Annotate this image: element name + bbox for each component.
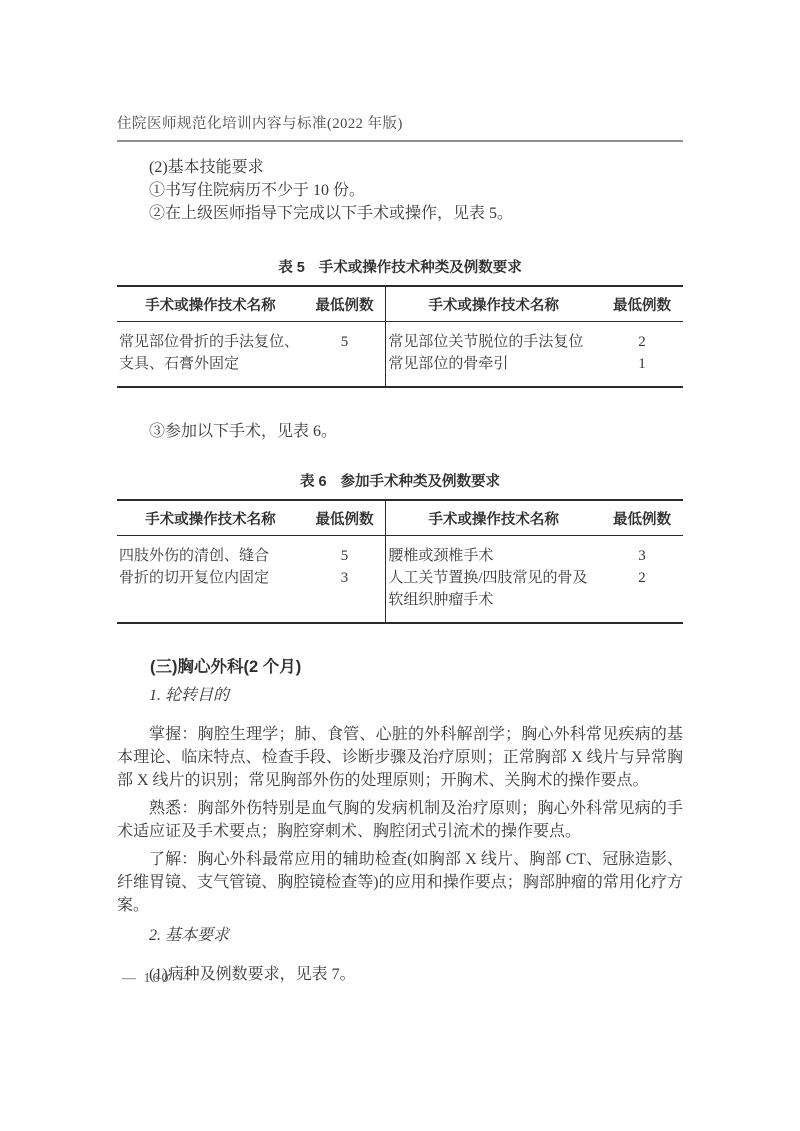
- table6-r0-name-right: 腰椎或颈椎手术: [386, 536, 601, 568]
- para-disease-requirement: (1)病种及例数要求，见表 7。: [117, 963, 683, 986]
- para-participate: ③参加以下手术，见表 6。: [117, 420, 683, 443]
- basic-requirements-label: 2. 基本要求: [117, 924, 683, 947]
- table6-caption-label: 表 6: [300, 474, 327, 490]
- table5-r0-name-left: 常见部位骨折的手法复位、: [117, 322, 304, 354]
- table5-r0-count-left: 5: [304, 322, 386, 354]
- table5-header-count-right: 最低例数: [601, 286, 683, 322]
- table5-header-name-left: 手术或操作技术名称: [117, 286, 304, 322]
- para-basic-skills: (2)基本技能要求: [117, 156, 683, 179]
- table5-header-count-left: 最低例数: [304, 286, 386, 322]
- table6-header-row: 手术或操作技术名称 最低例数 手术或操作技术名称 最低例数: [117, 500, 683, 536]
- table6-r2-count-right: [601, 589, 683, 623]
- running-head: 住院医师规范化培训内容与标准(2022 年版): [117, 112, 683, 142]
- table-row: 四肢外伤的清创、缝合 5 腰椎或颈椎手术 3: [117, 536, 683, 568]
- para-operations: ②在上级医师指导下完成以下手术或操作，见表 5。: [117, 202, 683, 225]
- table6-header-count-right: 最低例数: [601, 500, 683, 536]
- table-row: 支具、石膏外固定 常见部位的骨牵引 1: [117, 353, 683, 387]
- table5-r0-name-right: 常见部位关节脱位的手法复位: [386, 322, 601, 354]
- table6-r1-count-left: 3: [304, 567, 386, 589]
- table5-caption-title: 手术或操作技术种类及例数要求: [319, 260, 522, 276]
- table5-r1-count-left: [304, 353, 386, 387]
- table6-r2-name-right: 软组织肿瘤手术: [386, 589, 601, 623]
- table5-r1-count-right: 1: [601, 353, 683, 387]
- document-page: 住院医师规范化培训内容与标准(2022 年版) (2)基本技能要求 ①书写住院病…: [0, 0, 800, 1131]
- rotation-objective-label: 1. 轮转目的: [117, 684, 683, 707]
- page-number: — 160 —: [122, 971, 192, 987]
- table5-header-row: 手术或操作技术名称 最低例数 手术或操作技术名称 最低例数: [117, 286, 683, 322]
- table6-caption-title: 参加手术种类及例数要求: [341, 474, 501, 490]
- para-familiar: 熟悉：胸部外伤特别是血气胸的发病机制及治疗原则；胸心外科常见病的手术适应证及手术…: [117, 797, 683, 843]
- table6-header-count-left: 最低例数: [304, 500, 386, 536]
- table-row: 常见部位骨折的手法复位、 5 常见部位关节脱位的手法复位 2: [117, 322, 683, 354]
- table5-caption: 表 5手术或操作技术种类及例数要求: [117, 256, 683, 277]
- table-row: 软组织肿瘤手术: [117, 589, 683, 623]
- table6-caption: 表 6参加手术种类及例数要求: [117, 470, 683, 491]
- table5: 手术或操作技术名称 最低例数 手术或操作技术名称 最低例数 常见部位骨折的手法复…: [117, 285, 683, 388]
- page-content: 住院医师规范化培训内容与标准(2022 年版) (2)基本技能要求 ①书写住院病…: [117, 0, 683, 986]
- table5-r1-name-left: 支具、石膏外固定: [117, 353, 304, 387]
- table6-r0-name-left: 四肢外伤的清创、缝合: [117, 536, 304, 568]
- table-row: 骨折的切开复位内固定 3 人工关节置换/四肢常见的骨及 2: [117, 567, 683, 589]
- table5-r1-name-right: 常见部位的骨牵引: [386, 353, 601, 387]
- table6-header-name-left: 手术或操作技术名称: [117, 500, 304, 536]
- section-heading: (三)胸心外科(2 个月): [117, 657, 683, 677]
- table6: 手术或操作技术名称 最低例数 手术或操作技术名称 最低例数 四肢外伤的清创、缝合…: [117, 499, 683, 624]
- para-understand: 了解：胸心外科最常应用的辅助检查(如胸部 X 线片、胸部 CT、冠脉造影、纤维胃…: [117, 848, 683, 917]
- table6-r0-count-right: 3: [601, 536, 683, 568]
- table5-r0-count-right: 2: [601, 322, 683, 354]
- table6-r2-count-left: [304, 589, 386, 623]
- table6-r1-name-right: 人工关节置换/四肢常见的骨及: [386, 567, 601, 589]
- para-case-records: ①书写住院病历不少于 10 份。: [117, 179, 683, 202]
- table6-r1-name-left: 骨折的切开复位内固定: [117, 567, 304, 589]
- table5-header-name-right: 手术或操作技术名称: [386, 286, 601, 322]
- table6-r1-count-right: 2: [601, 567, 683, 589]
- table6-r2-name-left: [117, 589, 304, 623]
- table6-r0-count-left: 5: [304, 536, 386, 568]
- table5-caption-label: 表 5: [278, 260, 305, 276]
- para-master: 掌握：胸腔生理学；肺、食管、心脏的外科解剖学；胸心外科常见疾病的基本理论、临床特…: [117, 723, 683, 792]
- table6-header-name-right: 手术或操作技术名称: [386, 500, 601, 536]
